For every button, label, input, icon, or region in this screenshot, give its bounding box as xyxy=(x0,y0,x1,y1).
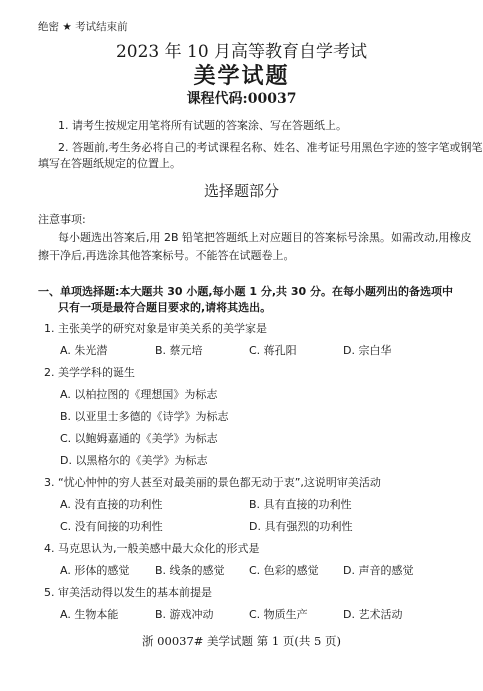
notes-line-2: 擦干净后,再选涂其他答案标号。不能答在试题卷上。 xyxy=(38,247,295,263)
question-2-stem: 2. 美学学科的诞生 xyxy=(44,364,135,380)
question-3-option-c: C. 没有间接的功利性 xyxy=(60,518,163,534)
instruction-2-cont: 填写在答题纸规定的位置上。 xyxy=(38,155,181,171)
question-3-stem: 3. “忧心忡忡的穷人甚至对最美丽的景色都无动于衷”,这说明审美活动 xyxy=(44,474,381,490)
question-4-option-d: D. 声音的感觉 xyxy=(343,562,413,578)
question-3-option-a: A. 没有直接的功利性 xyxy=(60,496,162,512)
notes-label: 注意事项: xyxy=(38,211,86,227)
question-1-option-c: C. 蒋孔阳 xyxy=(249,342,297,358)
instruction-1: 1. 请考生按规定用笔将所有试题的答案涂、写在答题纸上。 xyxy=(58,117,347,133)
question-3-option-b: B. 具有直接的功利性 xyxy=(249,496,352,512)
question-4-option-a: A. 形体的感觉 xyxy=(60,562,129,578)
page-footer: 浙 00037# 美学试题 第 1 页(共 5 页) xyxy=(0,633,483,649)
instruction-2: 2. 答题前,考生务必将自己的考试课程名称、姓名、准考证号用黑色字迹的签字笔或钢… xyxy=(58,139,483,155)
question-5-option-c: C. 物质生产 xyxy=(249,606,308,622)
course-code: 课程代码:00037 xyxy=(0,88,483,108)
question-2-option-c: C. 以鲍姆嘉通的《美学》为标志 xyxy=(60,430,218,446)
question-2-option-a: A. 以柏拉图的《理想国》为标志 xyxy=(60,386,217,402)
question-4-option-b: B. 线条的感觉 xyxy=(155,562,225,578)
question-2-option-d: D. 以黑格尔的《美学》为标志 xyxy=(60,452,207,468)
question-4-option-c: C. 色彩的感觉 xyxy=(249,562,319,578)
question-5-option-d: D. 艺术活动 xyxy=(343,606,402,622)
question-5-stem: 5. 审美活动得以发生的基本前提是 xyxy=(44,584,212,600)
question-5-option-a: A. 生物本能 xyxy=(60,606,118,622)
secret-label: 绝密 ★ 考试结束前 xyxy=(38,19,128,34)
subject-title: 美学试题 xyxy=(0,59,483,90)
question-1-option-d: D. 宗白华 xyxy=(343,342,391,358)
section-title: 选择题部分 xyxy=(0,180,483,201)
notes-line-1: 每小题选出答案后,用 2B 铅笔把答题纸上对应题目的答案标号涂黑。如需改动,用橡… xyxy=(58,229,472,245)
part-heading: 一、单项选择题:本大题共 30 小题,每小题 1 分,共 30 分。在每小题列出… xyxy=(38,283,453,299)
part-heading-cont: 只有一项是最符合题目要求的,请将其选出。 xyxy=(58,299,271,315)
question-4-stem: 4. 马克思认为,一般美感中最大众化的形式是 xyxy=(44,540,260,556)
question-2-option-b: B. 以亚里士多德的《诗学》为标志 xyxy=(60,408,229,424)
question-1-stem: 1. 主张美学的研究对象是审美关系的美学家是 xyxy=(44,320,267,336)
question-3-option-d: D. 具有强烈的功利性 xyxy=(249,518,352,534)
question-1-option-a: A. 朱光潜 xyxy=(60,342,107,358)
question-5-option-b: B. 游戏冲动 xyxy=(155,606,214,622)
question-1-option-b: B. 蔡元培 xyxy=(155,342,203,358)
